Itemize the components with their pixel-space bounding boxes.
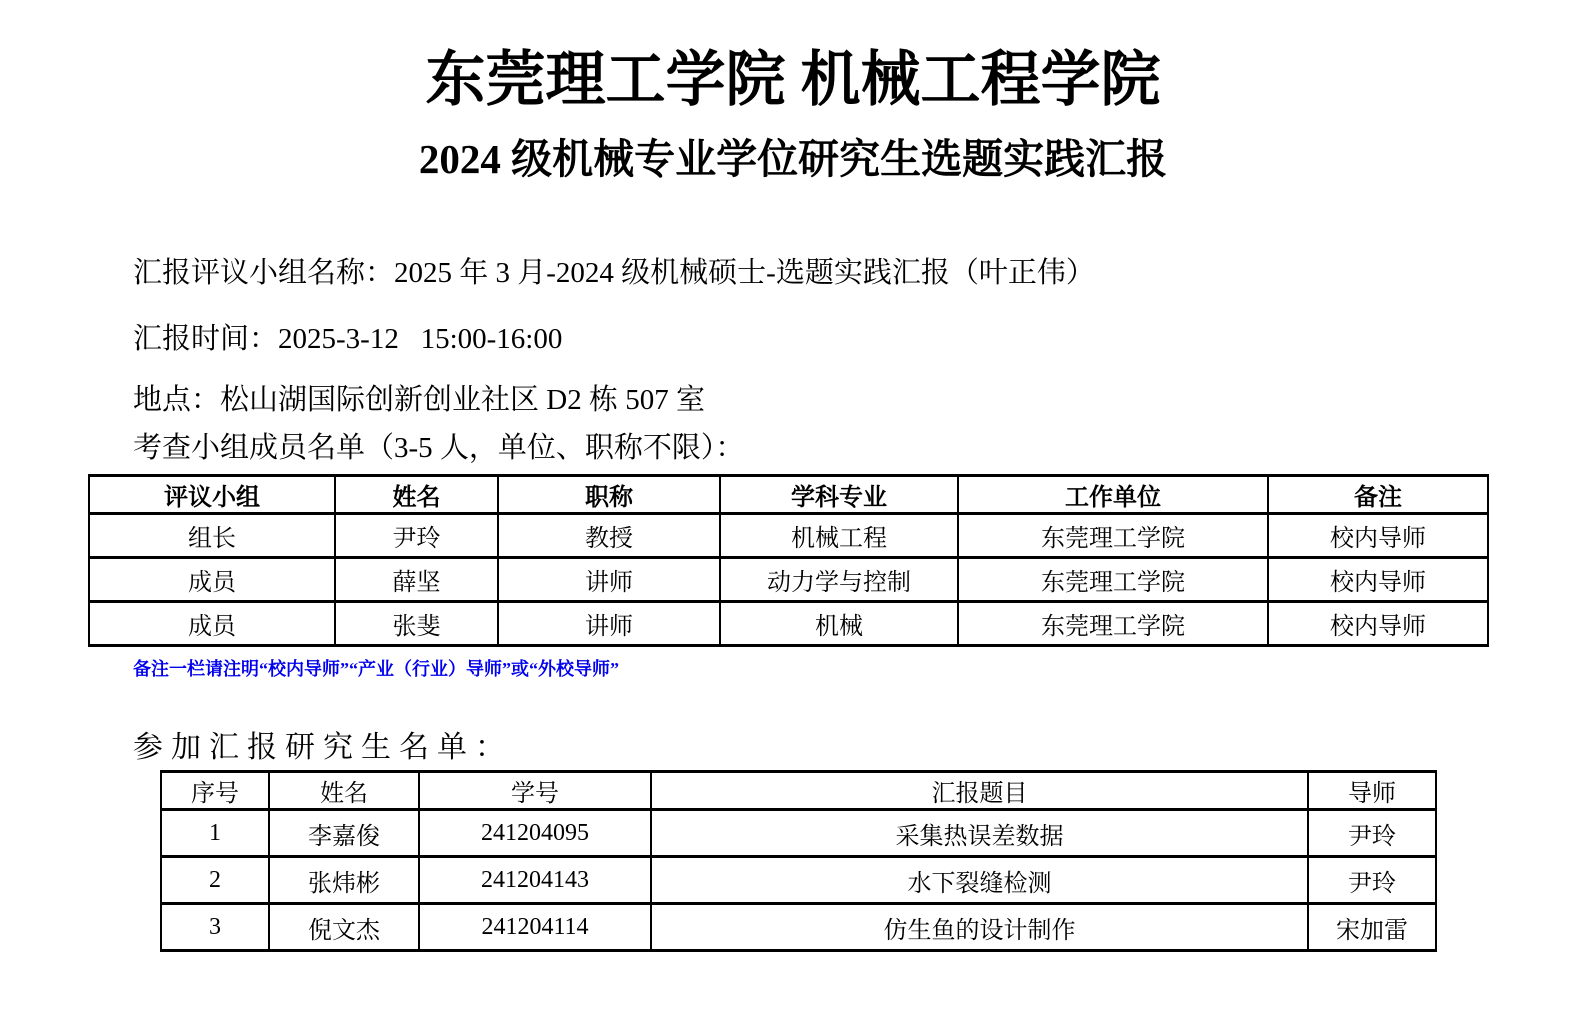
committee-table-heading: 考查小组成员名单（3-5 人，单位、职称不限）： <box>133 432 1586 464</box>
students-row: 3 倪文杰 241204114 仿生鱼的设计制作 宋加雷 <box>161 904 1436 951</box>
students-cell: 仿生鱼的设计制作 <box>651 904 1308 951</box>
meta-report-time: 汇报时间：2025-3-12 15:00-16:00 <box>133 323 1586 355</box>
students-header-cell: 学号 <box>419 772 651 810</box>
students-cell: 尹玲 <box>1308 857 1436 904</box>
document-page: 东莞理工学院 机械工程学院 2024 级机械专业学位研究生选题实践汇报 汇报评议… <box>0 0 1586 1033</box>
students-cell: 水下裂缝检测 <box>651 857 1308 904</box>
committee-table: 评议小组 姓名 职称 学科专业 工作单位 备注 组长 尹玲 教授 机械工程 东莞… <box>88 474 1489 647</box>
committee-cell: 教授 <box>498 514 720 558</box>
committee-cell: 东莞理工学院 <box>958 514 1268 558</box>
students-table: 序号 姓名 学号 汇报题目 导师 1 李嘉俊 241204095 采集热误差数据… <box>160 770 1437 952</box>
committee-cell: 薛坚 <box>335 558 498 602</box>
meta-location: 地点：松山湖国际创新创业社区 D2 栋 507 室 <box>133 384 1586 416</box>
committee-header-cell: 工作单位 <box>958 476 1268 514</box>
committee-note: 备注一栏请注明“校内导师”“产业（行业）导师”或“外校导师” <box>133 659 1586 681</box>
committee-row: 成员 薛坚 讲师 动力学与控制 东莞理工学院 校内导师 <box>89 558 1488 602</box>
committee-cell: 校内导师 <box>1268 514 1488 558</box>
committee-cell: 机械 <box>720 602 958 646</box>
students-cell: 张炜彬 <box>269 857 419 904</box>
committee-header-cell: 学科专业 <box>720 476 958 514</box>
students-cell: 倪文杰 <box>269 904 419 951</box>
committee-cell: 成员 <box>89 602 335 646</box>
committee-header-row: 评议小组 姓名 职称 学科专业 工作单位 备注 <box>89 476 1488 514</box>
committee-cell: 成员 <box>89 558 335 602</box>
committee-header-cell: 备注 <box>1268 476 1488 514</box>
committee-row: 组长 尹玲 教授 机械工程 东莞理工学院 校内导师 <box>89 514 1488 558</box>
committee-header-cell: 职称 <box>498 476 720 514</box>
students-cell: 241204114 <box>419 904 651 951</box>
committee-cell: 校内导师 <box>1268 558 1488 602</box>
students-cell: 1 <box>161 810 269 857</box>
committee-cell: 讲师 <box>498 558 720 602</box>
document-subtitle: 2024 级机械专业学位研究生选题实践汇报 <box>0 136 1586 183</box>
students-header-cell: 序号 <box>161 772 269 810</box>
committee-cell: 尹玲 <box>335 514 498 558</box>
committee-cell: 东莞理工学院 <box>958 602 1268 646</box>
document-title: 东莞理工学院 机械工程学院 <box>0 44 1586 116</box>
committee-cell: 动力学与控制 <box>720 558 958 602</box>
committee-cell: 机械工程 <box>720 514 958 558</box>
students-cell: 李嘉俊 <box>269 810 419 857</box>
students-row: 2 张炜彬 241204143 水下裂缝检测 尹玲 <box>161 857 1436 904</box>
committee-cell: 讲师 <box>498 602 720 646</box>
students-header-cell: 姓名 <box>269 772 419 810</box>
students-cell: 241204143 <box>419 857 651 904</box>
students-row: 1 李嘉俊 241204095 采集热误差数据 尹玲 <box>161 810 1436 857</box>
students-table-heading: 参加汇报研究生名单： <box>133 731 1586 766</box>
students-cell: 3 <box>161 904 269 951</box>
students-cell: 尹玲 <box>1308 810 1436 857</box>
committee-cell: 张斐 <box>335 602 498 646</box>
committee-cell: 校内导师 <box>1268 602 1488 646</box>
students-cell: 采集热误差数据 <box>651 810 1308 857</box>
meta-group-name: 汇报评议小组名称：2025 年 3 月-2024 级机械硕士-选题实践汇报（叶正… <box>133 257 1586 289</box>
committee-row: 成员 张斐 讲师 机械 东莞理工学院 校内导师 <box>89 602 1488 646</box>
committee-cell: 组长 <box>89 514 335 558</box>
students-header-cell: 导师 <box>1308 772 1436 810</box>
students-cell: 241204095 <box>419 810 651 857</box>
students-cell: 宋加雷 <box>1308 904 1436 951</box>
students-cell: 2 <box>161 857 269 904</box>
students-header-cell: 汇报题目 <box>651 772 1308 810</box>
students-header-row: 序号 姓名 学号 汇报题目 导师 <box>161 772 1436 810</box>
committee-header-cell: 评议小组 <box>89 476 335 514</box>
committee-cell: 东莞理工学院 <box>958 558 1268 602</box>
committee-header-cell: 姓名 <box>335 476 498 514</box>
